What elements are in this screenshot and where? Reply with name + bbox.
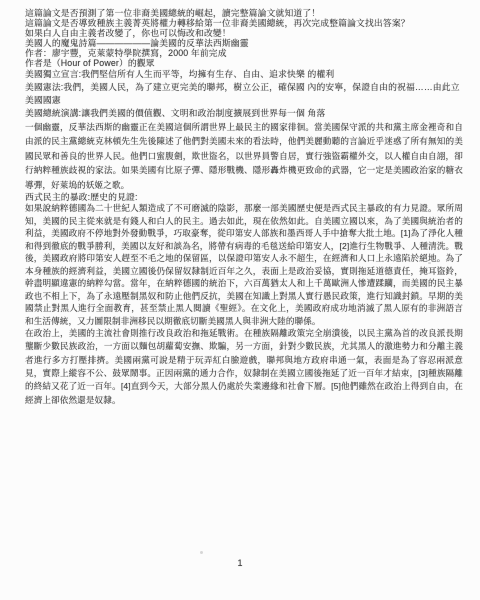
- scan-speck: [200, 551, 203, 554]
- intro-line-1: 這篇論文是否預測了第一位非裔美國總統的崛起，讀完整篇論文就知道了！: [25, 8, 463, 18]
- document-title: 美國人的魔鬼詩篇——————論美國的反華法西斯幽靈: [25, 38, 463, 48]
- body-paragraph-1: 一個幽靈，反華法西斯的幽靈正在美國這個所謂世界上最民主的國家徘徊。當美國保守派的…: [25, 120, 463, 192]
- page-number: 1: [0, 558, 480, 568]
- scanned-document-page: 這篇論文是否預測了第一位非裔美國總統的崛起，讀完整篇論文就知道了！ 這篇論文是否…: [0, 0, 480, 600]
- author-note: 作者是（Hour of Power）的觀眾: [25, 58, 463, 68]
- intro-line-2: 這篇論文是否導致種族主義菁英將權力轉移給第一位非裔美國總統，再次完成整篇論文找出…: [25, 18, 463, 28]
- intro-line-3: 如果白人自由主義者改變了，你也可以悔改和改變！: [25, 28, 463, 38]
- epigraph-declaration-of-independence: 美國獨立宣言:我們堅信所有人生而平等，均擁有生存、自由、追求快樂 的權利: [25, 68, 463, 81]
- body-paragraph-3: 在政治上，美國的主流社會則推行改良政治和拖延戰術。在種族隔離政策完全崩潰後，以民…: [25, 327, 463, 407]
- body-paragraph-2: 如果說納粹德國為二十世紀人類造成了不可磨滅的陰影，那麼一部美國歷史便是西式民主暴…: [25, 202, 463, 327]
- epigraph-us-constitution: 美國憲法:我們，美國人民，為了建立更完美的聯邦，樹立公正，確保國 內的安寧，保證…: [25, 81, 463, 107]
- document-content: 這篇論文是否預測了第一位非裔美國總統的崛起，讀完整篇論文就知道了！ 這篇論文是否…: [0, 0, 480, 407]
- scan-speck: [428, 262, 431, 264]
- author-line: 作者：廖宇豐，克萊蒙特學院撰寫，2000 年前完成: [25, 48, 463, 58]
- epigraph-presidential-speech: 美國總統演講:讓我們美國的價值觀、文明和政治制度擴展到世界每一個 角落: [25, 107, 463, 120]
- section-heading: 西式民主的暴政:歷史的見證:: [25, 192, 463, 202]
